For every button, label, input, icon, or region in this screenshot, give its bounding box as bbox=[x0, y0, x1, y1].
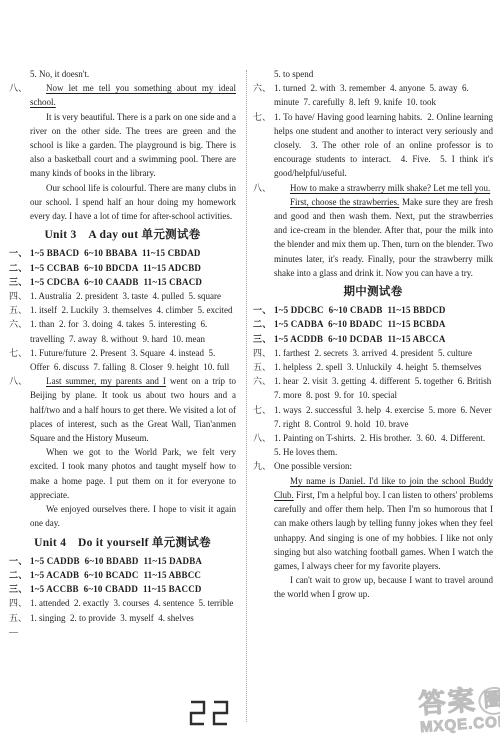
answer-letters: 1~5 CDCBA 6~10 CAADB 11~15 CBACD bbox=[30, 275, 236, 289]
answer-sentences: 1. Painting on T-shirts. 2. His brother.… bbox=[274, 431, 493, 459]
item-marker: 七、 bbox=[253, 110, 274, 124]
item-marker: 三、 bbox=[9, 275, 30, 289]
item-marker: 四、 bbox=[9, 289, 30, 303]
item-marker: 四、 bbox=[253, 346, 274, 360]
answer-words: 1. than 2. for 3. doing 4. takes 5. inte… bbox=[30, 317, 236, 345]
answer-words: 1. Future/future 2. Present 3. Square 4.… bbox=[30, 346, 236, 374]
answer-row: 八、 1. Painting on T-shirts. 2. His broth… bbox=[253, 431, 493, 459]
answer-letters: 1~5 ACDDB 6~10 DCDAB 11~15 ABCCA bbox=[274, 332, 493, 346]
item-marker: 八、 bbox=[253, 431, 274, 445]
item-marker: 四、 bbox=[9, 596, 30, 610]
item-marker: 二、 bbox=[9, 568, 30, 582]
answer-row: 四、 1. attended 2. exactly 3. courses 4. … bbox=[9, 596, 236, 610]
watermark-circle-icon: 圈 bbox=[477, 686, 500, 716]
answer-words: 1. farthest 2. secrets 3. arrived 4. pre… bbox=[274, 346, 493, 360]
answer-row: 三、 1~5 ACCBB 6~10 CBADD 11~15 BACCD bbox=[9, 582, 236, 596]
answer-letters: 1~5 ACCBB 6~10 CBADD 11~15 BACCD bbox=[30, 582, 236, 596]
answer-row: 四、 1. farthest 2. secrets 3. arrived 4. … bbox=[253, 346, 493, 360]
item-marker: 三、 bbox=[253, 332, 274, 346]
answer-letters: 1~5 DDCBC 6~10 CBADB 11~15 BBDCD bbox=[274, 303, 493, 317]
essay-paragraph: Our school life is colourful. There are … bbox=[30, 181, 236, 224]
answer-row: 七、 1. Future/future 2. Present 3. Square… bbox=[9, 346, 236, 374]
item-marker: 一、 bbox=[253, 303, 274, 317]
essay-lead-rest: First, I'm a helpful boy. I can listen t… bbox=[274, 490, 493, 571]
answer-words: 1. itself 2. Luckily 3. themselves 4. cl… bbox=[30, 303, 236, 317]
essay-paragraph: When we got to the World Park, we felt v… bbox=[30, 445, 236, 502]
right-column: 5. to spend 六、 1. turned 2. with 3. reme… bbox=[253, 67, 493, 602]
item-marker: 七、 bbox=[9, 346, 30, 360]
answer-row: 五、 1. singing 2. to provide 3. myself 4.… bbox=[9, 611, 236, 625]
lcd-digits bbox=[188, 699, 232, 727]
item-marker: 三、 bbox=[9, 582, 30, 596]
essay-paragraph: I can't wait to grow up, because I want … bbox=[274, 573, 493, 601]
item-marker: 二、 bbox=[9, 261, 30, 275]
answer-words: 1. turned 2. with 3. remember 4. anyone … bbox=[274, 81, 493, 109]
answer-row: 七、 1. To have/ Having good learning habi… bbox=[253, 110, 493, 181]
answer-row: 七、 1. ways 2. successful 3. help 4. exer… bbox=[253, 403, 493, 431]
answer-row: 六、 1. than 2. for 3. doing 4. takes 5. i… bbox=[9, 317, 236, 345]
section-heading-unit4: Unit 4 Do it yourself 单元测试卷 bbox=[9, 536, 236, 550]
item-marker: 一、 bbox=[9, 246, 30, 260]
truncated-marker: — bbox=[9, 625, 236, 639]
item-marker: 八、 bbox=[9, 374, 30, 388]
answer-row: 二、 1~5 CADBA 6~10 BDADC 11~15 BCBDA bbox=[253, 317, 493, 331]
answer-words: 1. Australia 2. president 3. taste 4. pu… bbox=[30, 289, 236, 303]
answer-words: 1. attended 2. exactly 3. courses 4. sen… bbox=[30, 596, 236, 610]
answer-words: 1. ways 2. successful 3. help 4. exercis… bbox=[274, 403, 493, 431]
item-marker: 八、 bbox=[9, 81, 30, 95]
answer-row: 一、 1~5 DDCBC 6~10 CBADB 11~15 BBDCD bbox=[253, 303, 493, 317]
answer-row: 三、 1~5 CDCBA 6~10 CAADB 11~15 CBACD bbox=[9, 275, 236, 289]
answer-words: 1. hear 2. visit 3. getting 4. different… bbox=[274, 374, 493, 402]
answer-row: 六、 1. hear 2. visit 3. getting 4. differ… bbox=[253, 374, 493, 402]
essay-block-beijing-trip: 八、 Last summer, my parents and I went on… bbox=[9, 374, 236, 530]
page-number: 22 bbox=[188, 699, 232, 731]
essay-paragraph: It is very beautiful. There is a park on… bbox=[30, 110, 236, 181]
answer-row: 三、 1~5 ACDDB 6~10 DCDAB 11~15 ABCCA bbox=[253, 332, 493, 346]
essay-lead-underlined: Last summer, my parents and I bbox=[46, 376, 166, 386]
essay-block-ideal-school: 八、 Now let me tell you something about m… bbox=[9, 81, 236, 223]
watermark: 答案圈 MXQE.COM bbox=[417, 684, 500, 735]
item-marker: 五、 bbox=[9, 303, 30, 317]
item-marker: 二、 bbox=[253, 317, 274, 331]
answer-row: 五、 1. itself 2. Luckily 3. themselves 4.… bbox=[9, 303, 236, 317]
item-marker: 五、 bbox=[9, 611, 30, 625]
answer-row: 一、 1~5 CADDB 6~10 BDABD 11~15 DADBA bbox=[9, 554, 236, 568]
answer-words: 1. singing 2. to provide 3. myself 4. sh… bbox=[30, 611, 236, 625]
answer-row: 一、 1~5 BBACD 6~10 BBABA 11~15 CBDAD bbox=[9, 246, 236, 260]
essay-paragraph: We enjoyed ourselves there. I hope to vi… bbox=[30, 502, 236, 530]
essay-title-underlined: Now let me tell you something about my i… bbox=[30, 83, 236, 107]
essay-lead-rest: went on a trip to Beijing by plane. It t… bbox=[30, 376, 236, 443]
item-marker: 五、 bbox=[253, 360, 274, 374]
item-marker: 八、 bbox=[253, 181, 274, 195]
answer-letters: 1~5 CADBA 6~10 BDADC 11~15 BCBDA bbox=[274, 317, 493, 331]
essay-block-milk-shake: 八、 How to make a strawberry milk shake? … bbox=[253, 181, 493, 280]
answer-row: 四、 1. Australia 2. president 3. taste 4.… bbox=[9, 289, 236, 303]
essay-block-daniel: 九、 One possible version: My name is Dani… bbox=[253, 459, 493, 601]
answer-row: 五、 1. helpless 2. spell 3. Unluckily 4. … bbox=[253, 360, 493, 374]
item-marker: 六、 bbox=[253, 81, 274, 95]
item-marker: 六、 bbox=[9, 317, 30, 331]
answer-words: 1. helpless 2. spell 3. Unluckily 4. hei… bbox=[274, 360, 493, 374]
section-heading-unit3: Unit 3 A day out 单元测试卷 bbox=[9, 228, 236, 242]
item-marker: 六、 bbox=[253, 374, 274, 388]
column-divider bbox=[246, 70, 247, 722]
item-marker: 九、 bbox=[253, 459, 274, 473]
answer-letters: 1~5 ACADB 6~10 BCADC 11~15 ABBCC bbox=[30, 568, 236, 582]
answer-item: 5. to spend bbox=[274, 67, 493, 81]
item-marker: 七、 bbox=[253, 403, 274, 417]
answer-row: 六、 1. turned 2. with 3. remember 4. anyo… bbox=[253, 81, 493, 109]
answer-row: 二、 1~5 ACADB 6~10 BCADC 11~15 ABBCC bbox=[9, 568, 236, 582]
answer-row: 二、 1~5 CCBAB 6~10 BDCDA 11~15 ADCBD bbox=[9, 261, 236, 275]
essay-lead-rest: Make sure they are fresh and good and th… bbox=[274, 197, 493, 278]
essay-lead-underlined: First, choose the strawberries. bbox=[290, 197, 399, 207]
answer-sentences: 1. To have/ Having good learning habits.… bbox=[274, 110, 493, 181]
left-column: 5. No, it doesn't. 八、 Now let me tell yo… bbox=[9, 67, 236, 639]
answer-item: 5. No, it doesn't. bbox=[30, 67, 236, 81]
answer-letters: 1~5 BBACD 6~10 BBABA 11~15 CBDAD bbox=[30, 246, 236, 260]
item-marker: 一、 bbox=[9, 554, 30, 568]
section-heading-midterm: 期中测试卷 bbox=[253, 285, 493, 299]
answer-letters: 1~5 CADDB 6~10 BDABD 11~15 DADBA bbox=[30, 554, 236, 568]
essay-label: One possible version: bbox=[274, 459, 493, 473]
essay-title-underlined: How to make a strawberry milk shake? Let… bbox=[290, 183, 490, 193]
answer-letters: 1~5 CCBAB 6~10 BDCDA 11~15 ADCBD bbox=[30, 261, 236, 275]
